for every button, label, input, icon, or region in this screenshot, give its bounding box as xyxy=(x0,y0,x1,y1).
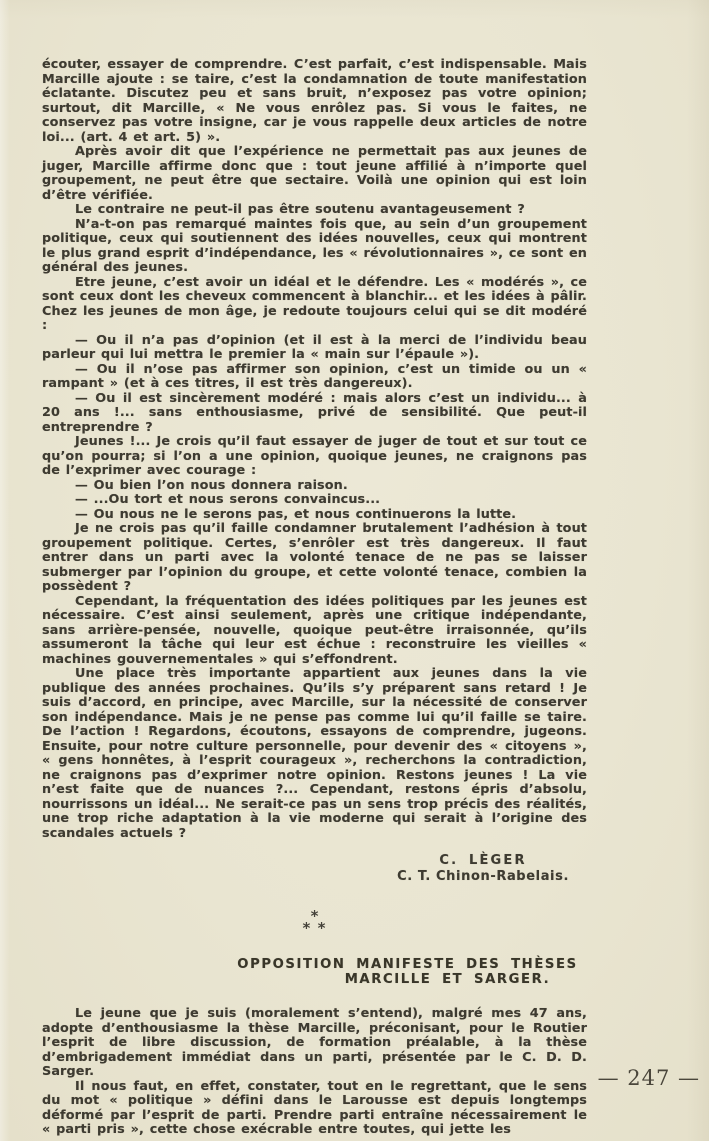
text-column: écouter, essayer de comprendre. C’est pa… xyxy=(42,58,587,1138)
dialogue-paragraph: — Ou il est sincèrement modéré : mais al… xyxy=(42,392,587,436)
heading-line1: OPPOSITION MANIFESTE DES THÈSES xyxy=(237,957,577,972)
body-paragraph: Une place très importante appartient aux… xyxy=(42,667,587,841)
scanned-page: écouter, essayer de comprendre. C’est pa… xyxy=(0,0,709,1141)
article-heading: OPPOSITION MANIFESTE DES THÈSES MARCILLE… xyxy=(237,957,577,987)
asterisk-bottom: * * xyxy=(303,922,327,935)
body-paragraph: Jeunes !... Je crois qu’il faut essayer … xyxy=(42,435,587,479)
heading-line2: MARCILLE ET SARGER. xyxy=(277,972,617,987)
body-paragraph: Le jeune que je suis (moralement s’enten… xyxy=(42,1007,587,1080)
body-paragraph: Après avoir dit que l’expérience ne perm… xyxy=(42,145,587,203)
body-paragraph: Le contraire ne peut-il pas être soutenu… xyxy=(42,203,587,218)
body-paragraph: Il nous faut, en effet, constater, tout … xyxy=(42,1080,587,1138)
dialogue-paragraph: — Ou bien l’on nous donnera raison. xyxy=(42,479,587,494)
body-paragraph: N’a-t-on pas remarqué maintes fois que, … xyxy=(42,218,587,276)
body-paragraph: Etre jeune, c’est avoir un idéal et le d… xyxy=(42,276,587,334)
dialogue-paragraph: — ...Ou tort et nous serons convaincus..… xyxy=(42,493,587,508)
page-number: — 247 — xyxy=(598,1066,700,1090)
asterisk-divider: * * * xyxy=(303,911,327,935)
signature-name: C. LÈGER xyxy=(397,853,569,869)
dialogue-paragraph: — Ou nous ne le serons pas, et nous cont… xyxy=(42,508,587,523)
body-paragraph: Cependant, la fréquentation des idées po… xyxy=(42,595,587,668)
signature-affiliation: C. T. Chinon-Rabelais. xyxy=(397,869,569,885)
body-paragraph: écouter, essayer de comprendre. C’est pa… xyxy=(42,58,587,145)
dialogue-paragraph: — Ou il n’a pas d’opinion (et il est à l… xyxy=(42,334,587,363)
body-paragraph: Je ne crois pas qu’il faille condamner b… xyxy=(42,522,587,595)
signature-block: C. LÈGER C. T. Chinon-Rabelais. xyxy=(397,853,569,884)
dialogue-paragraph: — Ou il n’ose pas affirmer son opinion, … xyxy=(42,363,587,392)
